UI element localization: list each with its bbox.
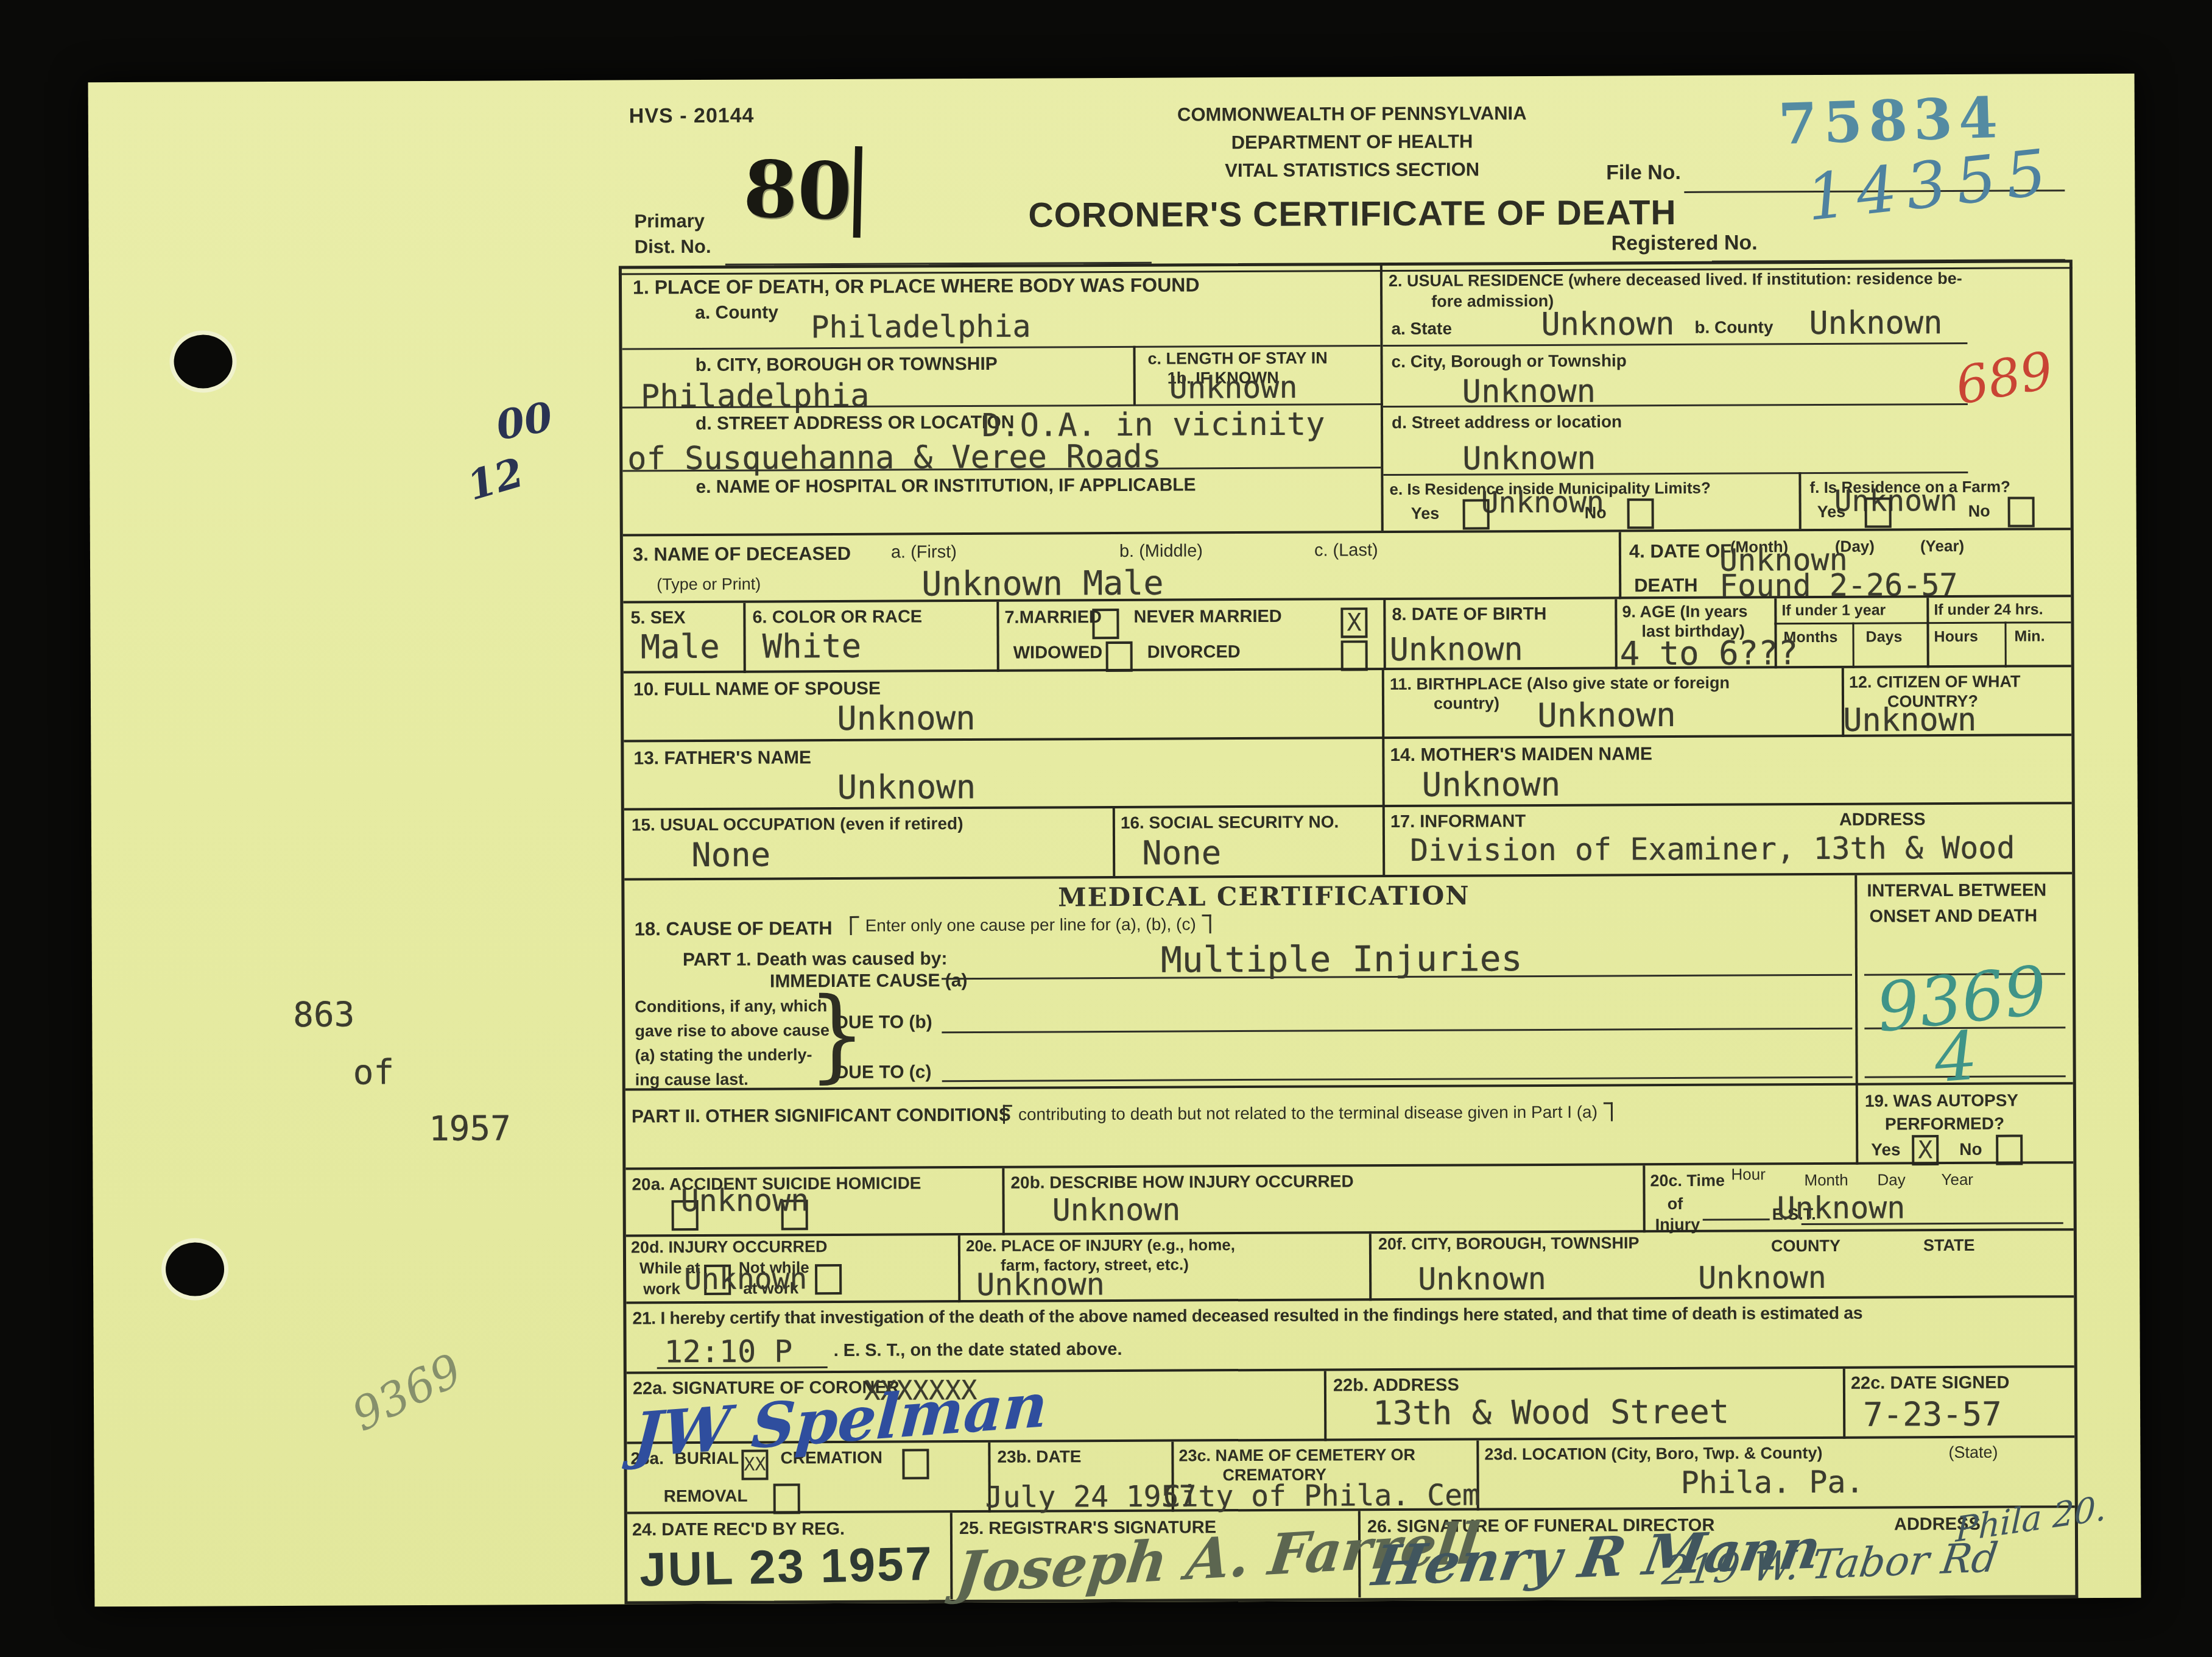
divider <box>1113 808 1116 878</box>
s20a-value: Unknown <box>680 1182 809 1218</box>
rule-line <box>942 1076 1853 1083</box>
s7-married-label: 7.MARRIED <box>1004 607 1102 628</box>
s18-cond-2: gave rise to above cause <box>635 1021 829 1040</box>
s20f-county-label: COUNTY <box>1771 1237 1840 1256</box>
divider <box>996 602 999 672</box>
s20f-label: 20f. CITY, BOROUGH, TOWNSHIP <box>1378 1234 1640 1254</box>
s20c-hour-label: Hour <box>1731 1165 1765 1184</box>
row-sex-race-marital: 5. SEX Male 6. COLOR OR RACE White 7.MAR… <box>623 595 2071 673</box>
row-registrar: 24. DATE REC'D BY REG. JUL 23 1957 25. R… <box>627 1505 2076 1600</box>
registered-no-label: Registered No. <box>1611 231 1758 255</box>
district-stamp: 80 <box>742 144 862 238</box>
s2e-no-label: No <box>1585 503 1607 522</box>
s2f-value: Unknown <box>1834 484 1957 518</box>
s3-type-note: (Type or Print) <box>657 575 761 595</box>
s20c-month-label: Month <box>1804 1171 1848 1190</box>
s20c-label-2: of <box>1668 1195 1683 1214</box>
s13-value: Unknown <box>837 768 976 807</box>
s2d-label: d. Street address or location <box>1392 412 1622 433</box>
s20f-state-label: STATE <box>1923 1236 1975 1255</box>
s2f-yes-label: Yes <box>1817 503 1846 521</box>
s23a-cremation-checkbox <box>902 1449 929 1479</box>
s8-value: Unknown <box>1390 631 1523 668</box>
s5-value: Male <box>640 627 719 666</box>
margin-ink-note-2: 12 <box>462 448 529 510</box>
rule-line <box>1703 1218 1770 1220</box>
s18-cause-value: Multiple Injuries <box>1161 938 1523 981</box>
s2-title-1: 2. USUAL RESIDENCE (where deceased lived… <box>1389 269 1962 291</box>
row-certify-statement: 21. I hereby certify that investigation … <box>626 1295 2074 1374</box>
s4-label-1: 4. DATE OF <box>1629 540 1731 563</box>
s20d-while-label-2: work <box>643 1279 680 1298</box>
s7-widowed-label: WIDOWED <box>1013 643 1103 663</box>
divider <box>1854 875 1858 1086</box>
file-no-label: File No. <box>1606 161 1681 185</box>
bracket-right <box>1604 1102 1613 1121</box>
s20d-not-checkbox <box>815 1264 842 1295</box>
s7-divorced-checkbox <box>1341 640 1368 671</box>
s19-yes-checkbox: X <box>1912 1135 1939 1165</box>
s1c-box: c. LENGTH OF STAY IN 1b. IF KNOWN Unknow… <box>1133 345 1382 406</box>
row-coroner-signature: 22a. SIGNATURE OF CORONER XXXXXXX JW Spe… <box>627 1365 2074 1444</box>
s2f-yes-checkbox <box>1865 497 1892 528</box>
s2d-value: Unknown <box>1462 440 1596 478</box>
s23b-label: 23b. DATE <box>997 1447 1081 1467</box>
divider <box>950 1513 953 1599</box>
s22b-label: 22b. ADDRESS <box>1333 1376 1459 1396</box>
s18-due-b-label: DUE TO (b) <box>835 1012 932 1033</box>
s20b-value: Unknown <box>1052 1192 1181 1228</box>
s23d-state-label: (State) <box>1948 1443 1998 1462</box>
s1-title: 1. PLACE OF DEATH, OR PLACE WHERE BODY W… <box>633 274 1200 299</box>
s15-label: 15. USUAL OCCUPATION (even if retired) <box>632 814 963 835</box>
s18-cond-3: (a) stating the underly- <box>635 1045 812 1065</box>
s18-due-c-label: DUE TO (c) <box>836 1062 932 1083</box>
divider <box>1383 600 1386 670</box>
s2c-label: c. City, Borough or Township <box>1392 351 1627 372</box>
divider <box>1843 1369 1846 1439</box>
s18-cond-1: Conditions, if any, which <box>635 997 827 1016</box>
divider <box>1643 1165 1645 1232</box>
rule-line <box>657 1366 828 1369</box>
received-date-stamp: JUL 23 1957 <box>639 1536 934 1598</box>
divider <box>743 603 746 673</box>
s2f-no-checkbox <box>2008 496 2035 527</box>
s3-value: Unknown Male <box>921 564 1164 604</box>
divider <box>2004 622 2006 668</box>
s12-value: Unknown <box>1843 702 1976 739</box>
s20f-county-value: Unknown <box>1698 1260 1826 1296</box>
row-name-date: 3. NAME OF DECEASED a. (First) b. (Middl… <box>623 528 2071 603</box>
s2e-yes-checkbox <box>1463 499 1490 529</box>
part2-bracket-note: contributing to death but not related to… <box>1003 1102 1613 1124</box>
margin-sheet-year: 1957 <box>429 1109 511 1149</box>
s18-bracket-note: Enter only one cause per line for (a), (… <box>850 914 1211 936</box>
s7-never-married-checkbox: X <box>1340 607 1367 638</box>
s3-title: 3. NAME OF DECEASED <box>633 543 851 566</box>
s19-no-label: No <box>1959 1140 1982 1159</box>
s3-last-label: c. (Last) <box>1314 540 1378 560</box>
margin-sheet-number: 863 <box>293 995 354 1034</box>
s20d-value: Unknown <box>684 1262 808 1296</box>
row-injury-2: 20d. INJURY OCCURRED While at work Not w… <box>626 1228 2074 1304</box>
form-code: HVS - 20144 <box>629 104 755 129</box>
s3-middle-label: b. (Middle) <box>1119 541 1203 562</box>
s9-label-1: 9. AGE (In years <box>1622 602 1747 621</box>
divider <box>1382 670 1384 739</box>
s6-label: 6. COLOR OR RACE <box>752 607 922 627</box>
s9-under1-label: If under 1 year <box>1781 601 1886 620</box>
s1c-value: Unknown <box>1169 370 1298 406</box>
s9-under24-label: If under 24 hrs. <box>1934 601 2043 619</box>
s7-divorced-label: DIVORCED <box>1147 642 1241 663</box>
punch-hole-bottom <box>161 1238 228 1300</box>
row-father-mother: 13. FATHER'S NAME Unknown 14. MOTHER'S M… <box>624 733 2071 810</box>
s23c-label-1: 23c. NAME OF CEMETERY OR <box>1178 1446 1415 1466</box>
divider <box>1856 1086 1859 1165</box>
s21-label: 21. I hereby certify that investigation … <box>632 1304 1862 1329</box>
divider <box>1615 599 1618 669</box>
s7-never-married-mark: X <box>1343 610 1365 635</box>
s1b-value: Philadelphia <box>641 378 870 415</box>
s16-label: 16. SOCIAL SECURITY NO. <box>1121 812 1339 833</box>
divider <box>1324 1371 1327 1441</box>
s1a-label: a. County <box>695 302 778 323</box>
divider <box>958 1235 960 1302</box>
s20c-year-label: Year <box>1941 1170 1973 1189</box>
row-medical-certification: MEDICAL CERTIFICATION 18. CAUSE OF DEATH… <box>624 872 2073 1090</box>
s14-label: 14. MOTHER'S MAIDEN NAME <box>1390 744 1652 766</box>
s20e-value: Unknown <box>976 1267 1105 1302</box>
divider <box>1382 807 1386 877</box>
s16-value: None <box>1142 833 1221 872</box>
s5-label: 5. SEX <box>630 608 685 628</box>
s20e-label-1: 20e. PLACE OF INJURY (e.g., home, <box>966 1235 1235 1256</box>
interval-hand-number-2: 4 <box>1932 1017 1980 1098</box>
divider <box>1774 621 2071 624</box>
s23d-value: Phila. Pa. <box>1680 1464 1864 1500</box>
margin-sheet-of: of <box>353 1053 395 1092</box>
s19-label-2: PERFORMED? <box>1885 1114 2004 1134</box>
s24-label: 24. DATE REC'D BY REG. <box>632 1519 845 1541</box>
s2-title-2: fore admission) <box>1431 292 1554 311</box>
row-injury-1: 20a. ACCIDENT SUICIDE HOMICIDE Unknown 2… <box>625 1161 2073 1237</box>
s9-value: 4 to 6??? <box>1620 634 1798 673</box>
s7-never-married-label: NEVER MARRIED <box>1133 607 1281 627</box>
s4-label-2: DEATH <box>1634 574 1698 596</box>
row-part2-autopsy: PART II. OTHER SIGNIFICANT CONDITIONS co… <box>625 1082 2074 1170</box>
s20b-label: 20b. DESCRIBE HOW INJURY OCCURRED <box>1010 1171 1353 1192</box>
section-1: 1. PLACE OF DEATH, OR PLACE WHERE BODY W… <box>622 266 1381 534</box>
s9-hours-label: Hours <box>1934 628 1978 646</box>
bracket-left <box>850 916 859 935</box>
s2e-yes-label: Yes <box>1411 504 1440 523</box>
s2b-value: Unknown <box>1809 305 1942 342</box>
punch-hole-top <box>169 330 236 392</box>
s4-year-label: (Year) <box>1920 537 1964 556</box>
s11-value: Unknown <box>1537 696 1676 735</box>
s18-bracket-text: Enter only one cause per line for (a), (… <box>865 914 1196 934</box>
s3-first-label: a. (First) <box>891 542 957 562</box>
s18-cond-4: ing cause last. <box>635 1070 748 1090</box>
s10-label: 10. FULL NAME OF SPOUSE <box>633 679 881 701</box>
s19-yes-mark: X <box>1914 1137 1936 1163</box>
s12-label-1: 12. CITIZEN OF WHAT <box>1849 673 2021 692</box>
rule-line <box>1382 342 1967 347</box>
divider <box>1926 598 1929 668</box>
s20c-value: Unknown <box>1777 1190 1906 1226</box>
s19-yes-label: Yes <box>1871 1140 1900 1159</box>
s2f-no-label: No <box>1968 502 1990 521</box>
row-spouse-birthplace: 10. FULL NAME OF SPOUSE Unknown 11. BIRT… <box>624 665 2071 742</box>
s2b-label: b. County <box>1694 317 1773 337</box>
s1e-label: e. NAME OF HOSPITAL OR INSTITUTION, IF A… <box>696 475 1196 498</box>
certificate-form: 1. PLACE OF DEATH, OR PLACE WHERE BODY W… <box>619 260 2079 1604</box>
interval-label-1: INTERVAL BETWEEN <box>1867 880 2046 901</box>
s14-value: Unknown <box>1421 765 1560 804</box>
s17-value: Division of Examiner, 13th & Wood <box>1410 830 2015 868</box>
s22c-value: 7-23-57 <box>1863 1395 2002 1434</box>
row-occupation-informant: 15. USUAL OCCUPATION (even if retired) N… <box>624 802 2072 880</box>
s23a-removal-label: REMOVAL <box>664 1486 748 1507</box>
divider <box>1798 472 1801 529</box>
section-2: 2. USUAL RESIDENCE (where deceased lived… <box>1380 263 2073 531</box>
s18-immediate-label: IMMEDIATE CAUSE (a) <box>770 970 968 992</box>
s15-value: None <box>691 835 770 874</box>
certificate-title: CORONER'S CERTIFICATE OF DEATH <box>971 193 1733 236</box>
s20d-label: 20d. INJURY OCCURRED <box>631 1237 828 1257</box>
s20c-label-1: 20c. Time <box>1650 1171 1725 1191</box>
s2e-no-checkbox <box>1627 498 1654 529</box>
part2-label: PART II. OTHER SIGNIFICANT CONDITIONS <box>632 1105 1011 1128</box>
interval-label-2: ONSET AND DEATH <box>1869 906 2037 927</box>
s9-min-label: Min. <box>2014 627 2045 645</box>
s11-label-1: 11. BIRTHPLACE (Also give state or forei… <box>1390 674 1730 694</box>
s23a-removal-checkbox <box>773 1483 800 1514</box>
s1a-value: Philadelphia <box>811 309 1030 345</box>
divider <box>1369 1234 1372 1301</box>
s17-label: 17. INFORMANT <box>1390 811 1526 832</box>
divider <box>1619 532 1621 599</box>
s2a-value: Unknown <box>1541 306 1674 343</box>
rule-line <box>942 1028 1852 1034</box>
certificate-paper: 00 12 863 of 1957 9369 HVS - 20144 80 Pr… <box>88 74 2141 1607</box>
agency-line-2: DEPARTMENT OF HEALTH <box>971 127 1733 158</box>
s21-suffix: . E. S. T., on the date stated above. <box>834 1340 1122 1361</box>
divider <box>1382 739 1384 807</box>
divider <box>1852 623 1854 668</box>
s18-label: 18. CAUSE OF DEATH <box>635 917 833 940</box>
s1c-label-1: c. LENGTH OF STAY IN <box>1147 348 1327 368</box>
s10-value: Unknown <box>837 699 976 738</box>
s7-married-checkbox <box>1092 609 1119 639</box>
s19-no-checkbox <box>1996 1134 2023 1165</box>
s18-part1-label: PART 1. Death was caused by: <box>683 949 948 970</box>
s2a-label: a. State <box>1391 319 1452 339</box>
s22b-value: 13th & Wood Street <box>1373 1393 1729 1433</box>
s1b-label: b. CITY, BOROUGH OR TOWNSHIP <box>696 354 998 376</box>
primary-dist-label-2: Dist. No. <box>635 236 711 258</box>
bracket-left <box>1003 1105 1012 1124</box>
scanned-death-certificate: 00 12 863 of 1957 9369 HVS - 20144 80 Pr… <box>0 0 2212 1657</box>
s9-days-label: Days <box>1865 628 1902 646</box>
s22c-label: 22c. DATE SIGNED <box>1851 1373 2010 1394</box>
s11-label-2: country) <box>1434 694 1499 713</box>
primary-dist-label-1: Primary <box>634 210 705 233</box>
divider <box>1002 1168 1004 1235</box>
s6-value: White <box>762 627 861 666</box>
part2-bracket-text: contributing to death but not related to… <box>1018 1103 1597 1124</box>
s17-address-label: ADDRESS <box>1839 810 1926 830</box>
bracket-right <box>1202 914 1211 933</box>
s23d-label: 23d. LOCATION (City, Boro, Twp. & County… <box>1484 1444 1822 1464</box>
s20f-city-value: Unknown <box>1418 1261 1546 1297</box>
agency-line-1: COMMONWEALTH OF PENNSYLVANIA <box>971 99 1733 130</box>
s8-label: 8. DATE OF BIRTH <box>1392 604 1546 625</box>
medical-certification-title: MEDICAL CERTIFICATION <box>929 880 1599 913</box>
s20c-day-label: Day <box>1877 1170 1905 1189</box>
s21-time-value: 12:10 P <box>664 1334 793 1369</box>
margin-ink-note-1: 00 <box>493 393 556 450</box>
margin-pencil-number: 9369 <box>344 1344 470 1441</box>
s7-widowed-checkbox <box>1106 641 1133 672</box>
s23c-value: City of Phila. Cem <box>1163 1478 1480 1513</box>
s13-label: 13. FATHER'S NAME <box>633 747 811 769</box>
s1d-label: d. STREET ADDRESS OR LOCATION <box>696 412 1015 434</box>
